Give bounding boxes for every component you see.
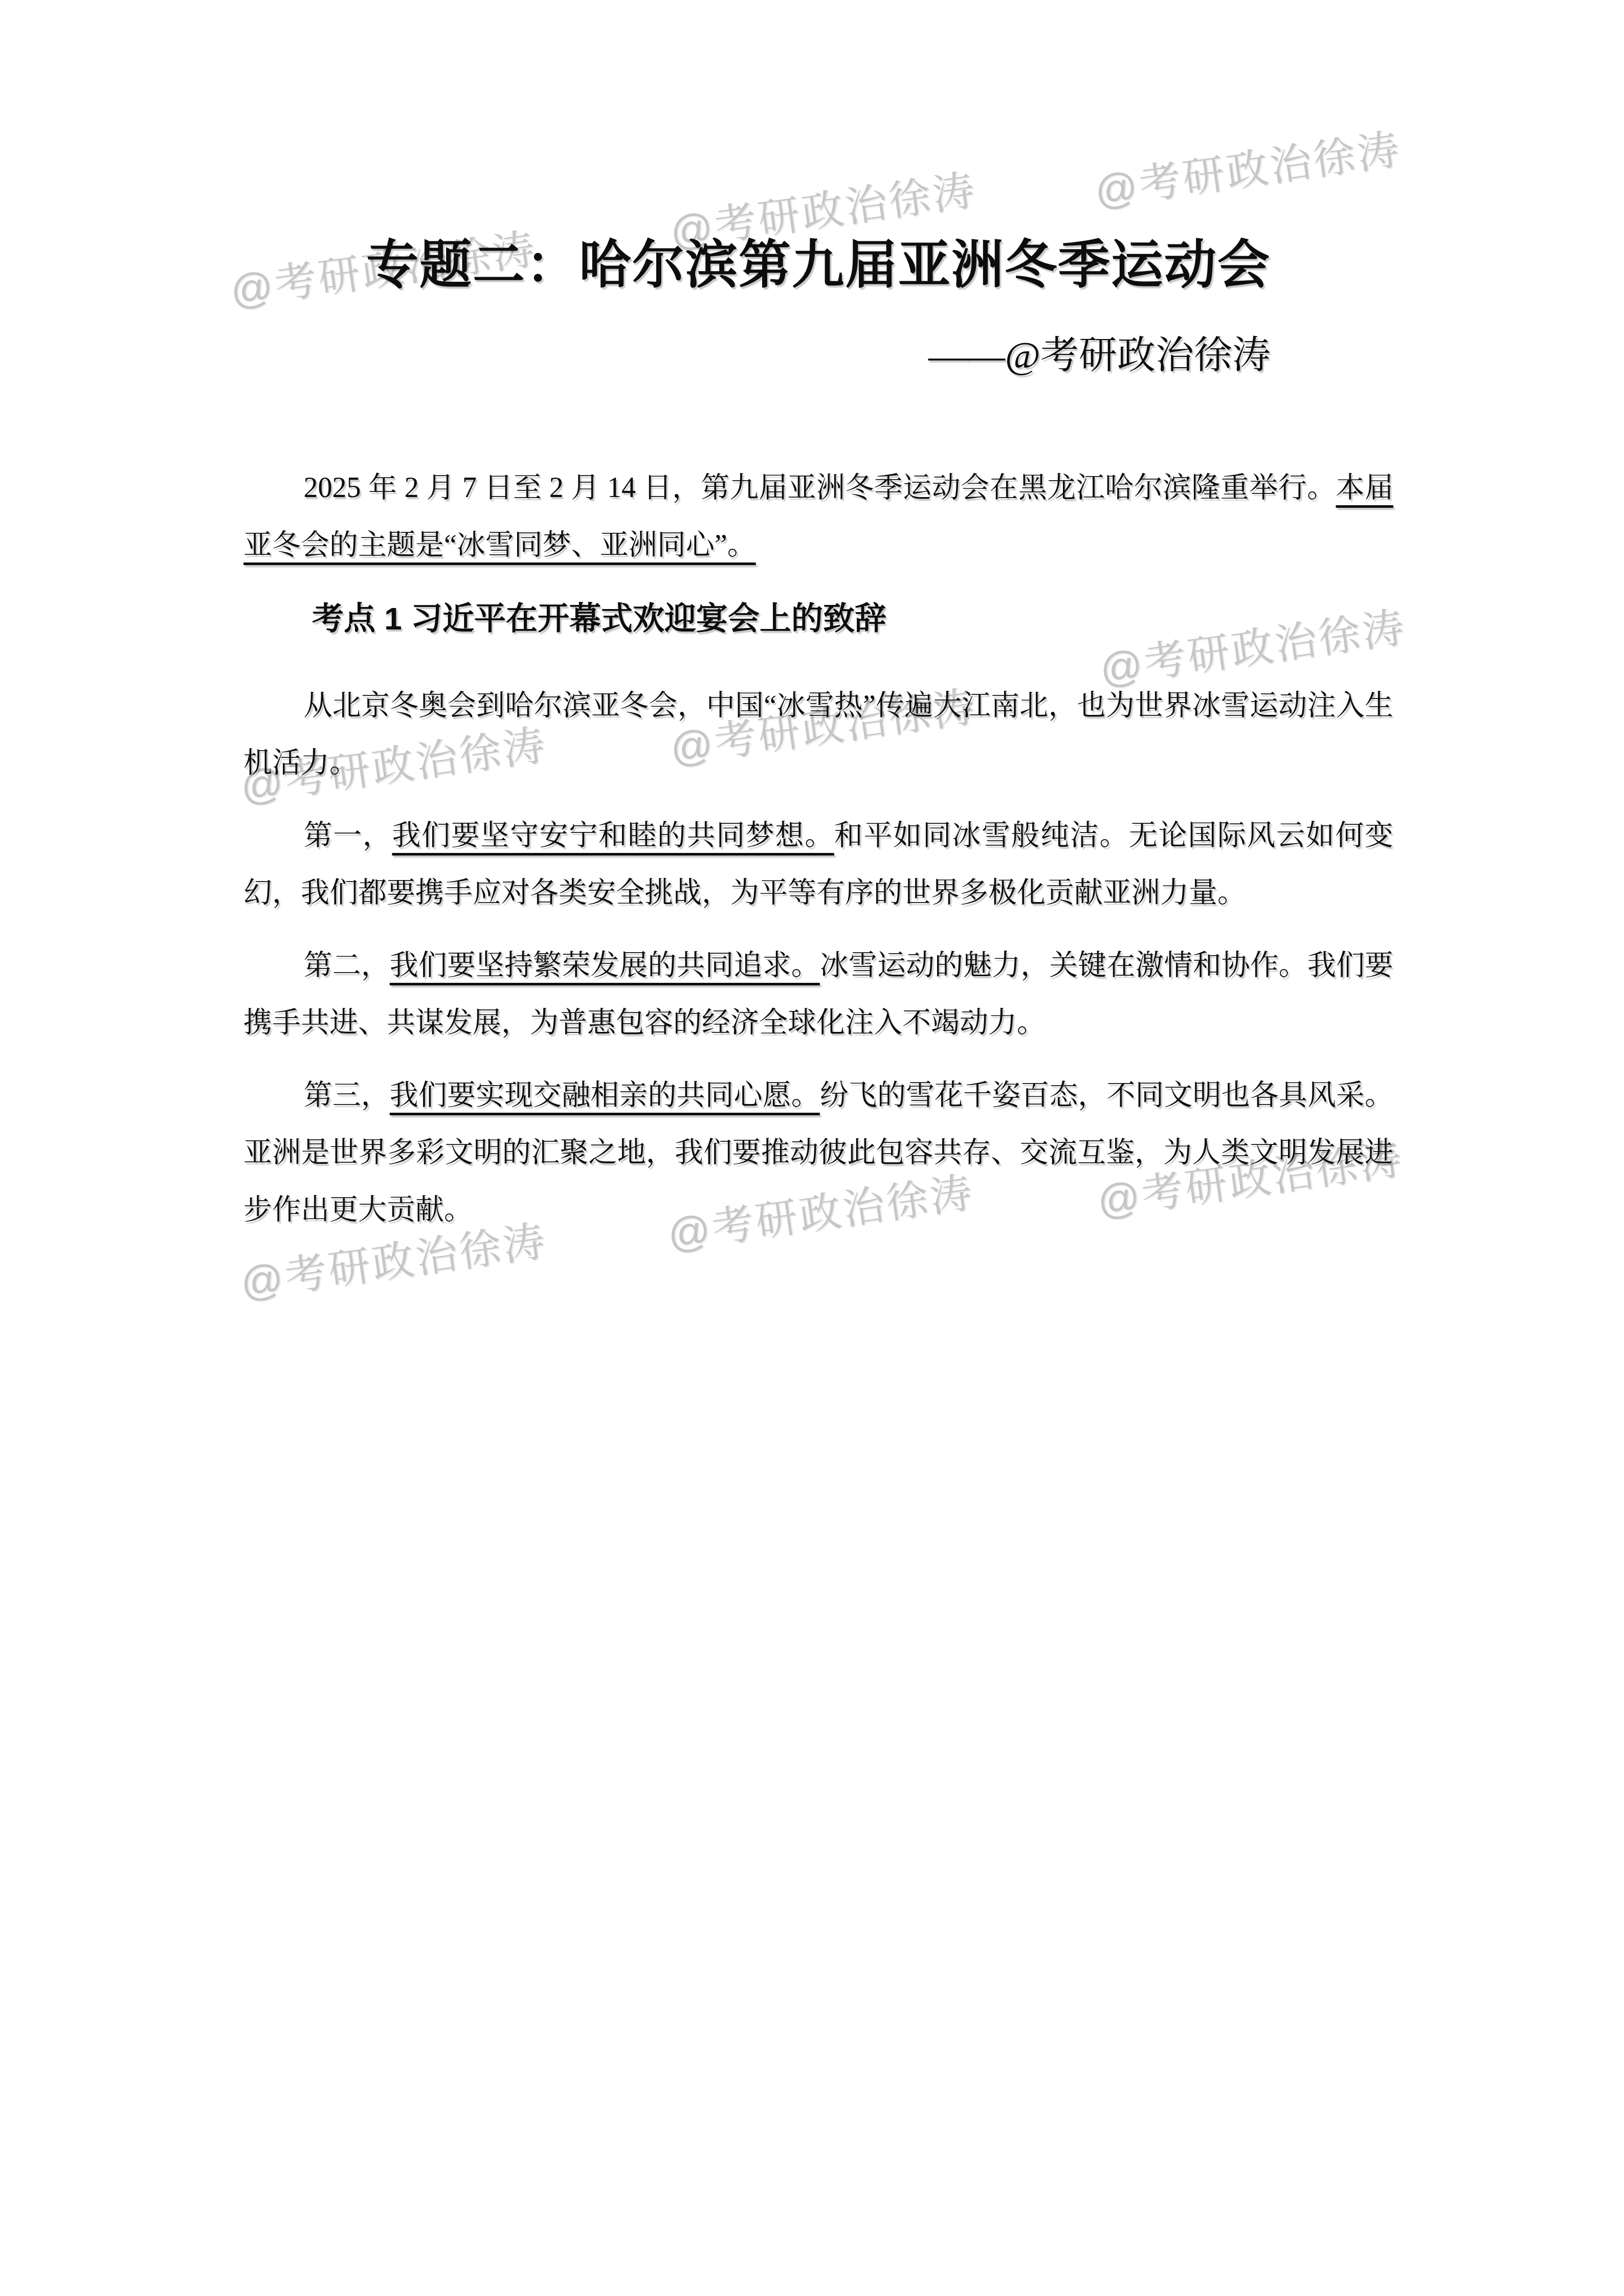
- text-segment: 第二，: [304, 950, 390, 981]
- document-content: 专题二：哈尔滨第九届亚洲冬季运动会 ——@考研政治徐涛 2025 年 2 月 7…: [0, 0, 1624, 1239]
- section-heading: 考点 1 习近平在开幕式欢迎宴会上的致辞: [312, 597, 1393, 642]
- paragraph: 第二，我们要坚持繁荣发展的共同追求。冰雪运动的魅力，关键在激情和协作。我们要携手…: [243, 937, 1393, 1051]
- byline: ——@考研政治徐涛: [243, 329, 1271, 382]
- text-segment: 2025 年 2 月 7 日至 2 月 14 日，第九届亚洲冬季运动会在黑龙江哈…: [304, 472, 1336, 504]
- paragraph: 2025 年 2 月 7 日至 2 月 14 日，第九届亚洲冬季运动会在黑龙江哈…: [243, 459, 1393, 574]
- underlined-text-segment: 我们要坚守安宁和睦的共同梦想。: [392, 820, 834, 851]
- paragraph: 从北京冬奥会到哈尔滨亚冬会，中国“冰雪热”传遍大江南北，也为世界冰雪运动注入生机…: [243, 677, 1393, 792]
- text-segment: 第三，: [304, 1079, 390, 1111]
- document-body: 2025 年 2 月 7 日至 2 月 14 日，第九届亚洲冬季运动会在黑龙江哈…: [243, 459, 1393, 1239]
- document-page: @考研政治徐涛 @考研政治徐涛 @考研政治徐涛 @考研政治徐涛 @考研政治徐涛 …: [0, 0, 1624, 2296]
- paragraph: 第三，我们要实现交融相亲的共同心愿。纷飞的雪花千姿百态，不同文明也各具风采。亚洲…: [243, 1067, 1393, 1239]
- text-segment: 从北京冬奥会到哈尔滨亚冬会，中国“冰雪热”传遍大江南北，也为世界冰雪运动注入生机…: [243, 690, 1393, 779]
- underlined-text-segment: 我们要实现交融相亲的共同心愿。: [390, 1079, 820, 1111]
- underlined-text-segment: 我们要坚持繁荣发展的共同追求。: [390, 950, 820, 981]
- paragraph: 第一，我们要坚守安宁和睦的共同梦想。和平如同冰雪般纯洁。无论国际风云如何变幻，我…: [243, 807, 1393, 921]
- text-segment: 第一，: [304, 820, 392, 851]
- page-title: 专题二：哈尔滨第九届亚洲冬季运动会: [243, 230, 1393, 301]
